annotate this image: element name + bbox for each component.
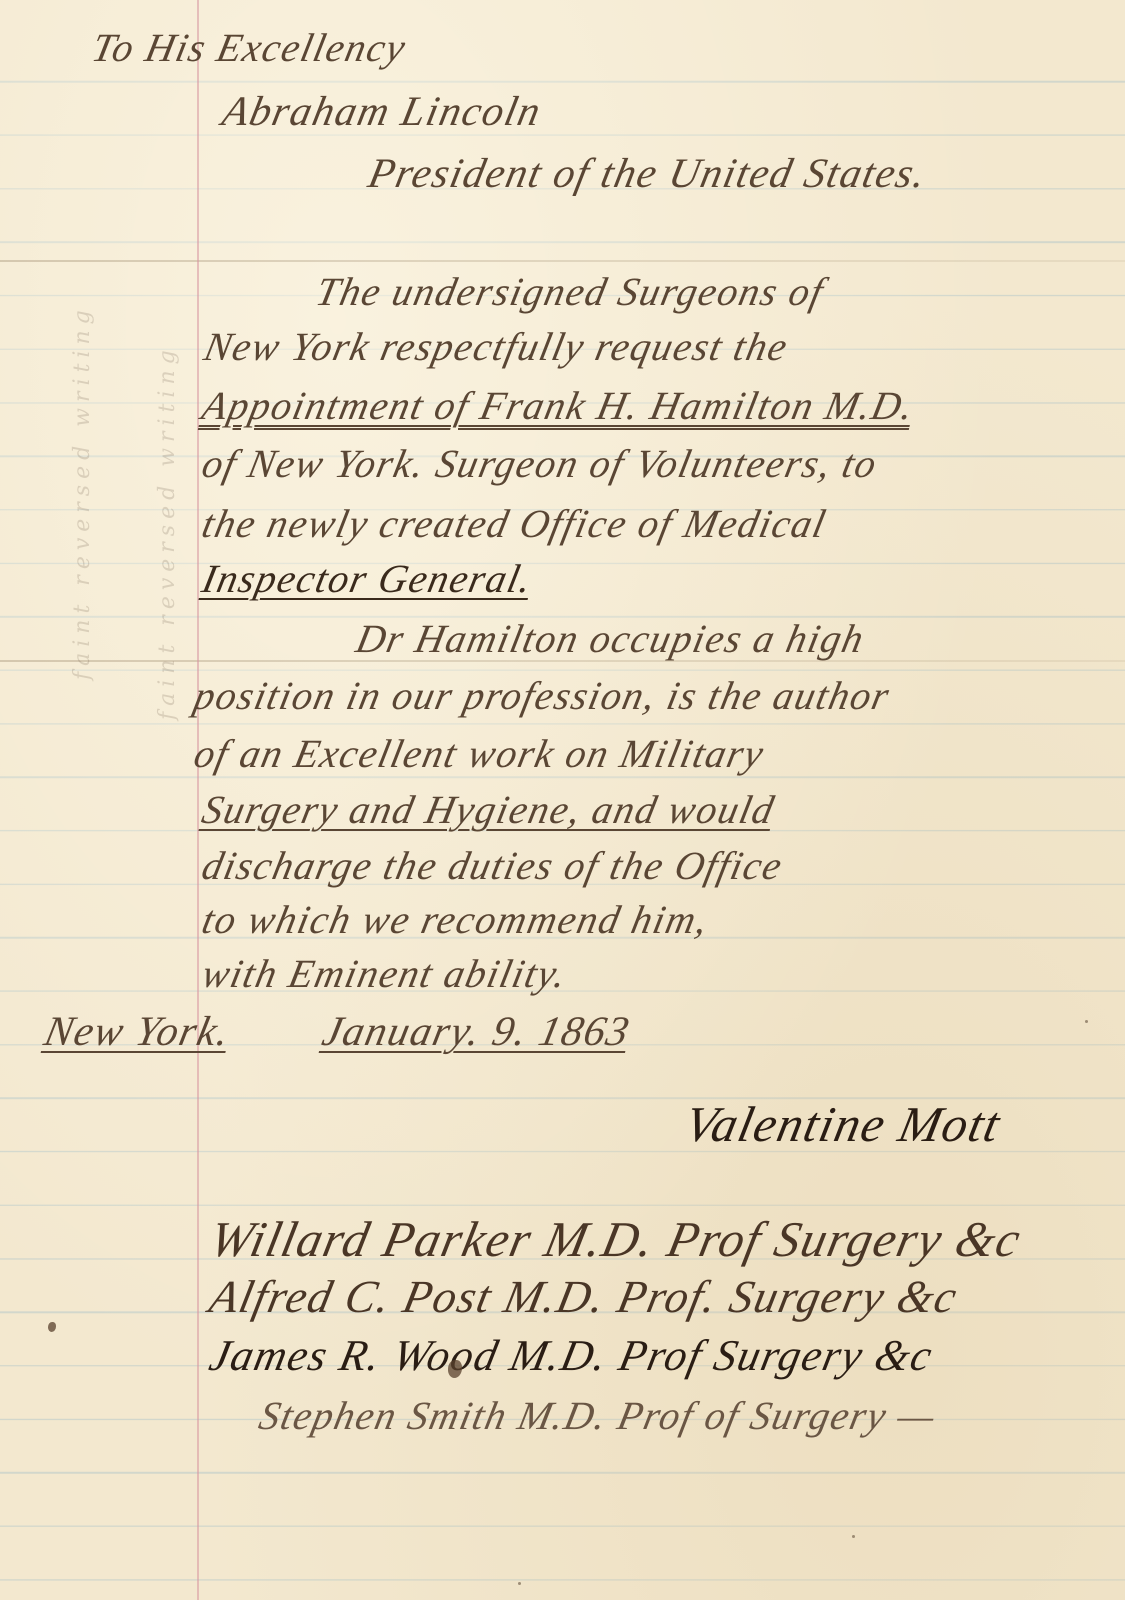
body-line: of New York. Surgeon of Volunteers, to [198, 440, 882, 487]
body-line: position in our profession, is the autho… [190, 672, 895, 719]
paper-fold [0, 260, 1125, 262]
body-line: The undersigned Surgeons of [312, 268, 829, 315]
signature-stephen-smith: Stephen Smith M.D. Prof of Surgery — [255, 1392, 940, 1439]
body-line: New York respectfully request the [200, 323, 793, 370]
ink-speck [1085, 1020, 1088, 1023]
dateline-place: New York. [40, 1008, 235, 1056]
margin-bleed-through: faint reversed writing [155, 300, 180, 720]
salutation-line-1: To His Excellency [88, 24, 411, 71]
addressee-title: President of the United States. [364, 150, 931, 198]
dateline-date: January. 9. 1863 [318, 1008, 635, 1056]
margin-bleed-through: faint reversed writing [70, 300, 95, 680]
body-line: discharge the duties of the Office [198, 842, 787, 889]
body-line: to which we recommend him, [198, 896, 713, 943]
ink-speck [852, 1535, 855, 1538]
signature-willard-parker: Willard Parker M.D. Prof Surgery &c [205, 1210, 1027, 1268]
body-line: with Eminent ability. [198, 950, 572, 997]
addressee-name: Abraham Lincoln [218, 88, 546, 136]
signature-alfred-post: Alfred C. Post M.D. Prof. Surgery &c [205, 1270, 963, 1323]
signature-valentine-mott: Valentine Mott [680, 1095, 1006, 1153]
ink-speck [518, 1582, 521, 1585]
body-text: Appointment of Frank H. Hamilton M.D. [198, 383, 919, 428]
body-line: of an Excellent work on Military [190, 730, 769, 777]
body-line: the newly created Office of Medical [198, 500, 831, 547]
body-line: Surgery and Hygiene, and would [198, 786, 779, 833]
body-line: Dr Hamilton occupies a high [352, 615, 869, 662]
body-line: Appointment of Frank H. Hamilton M.D. [198, 382, 919, 429]
body-line: Inspector General. [198, 555, 537, 602]
signature-james-wood: James R. Wood M.D. Prof Surgery &c [205, 1330, 938, 1381]
margin-line [197, 0, 199, 1600]
